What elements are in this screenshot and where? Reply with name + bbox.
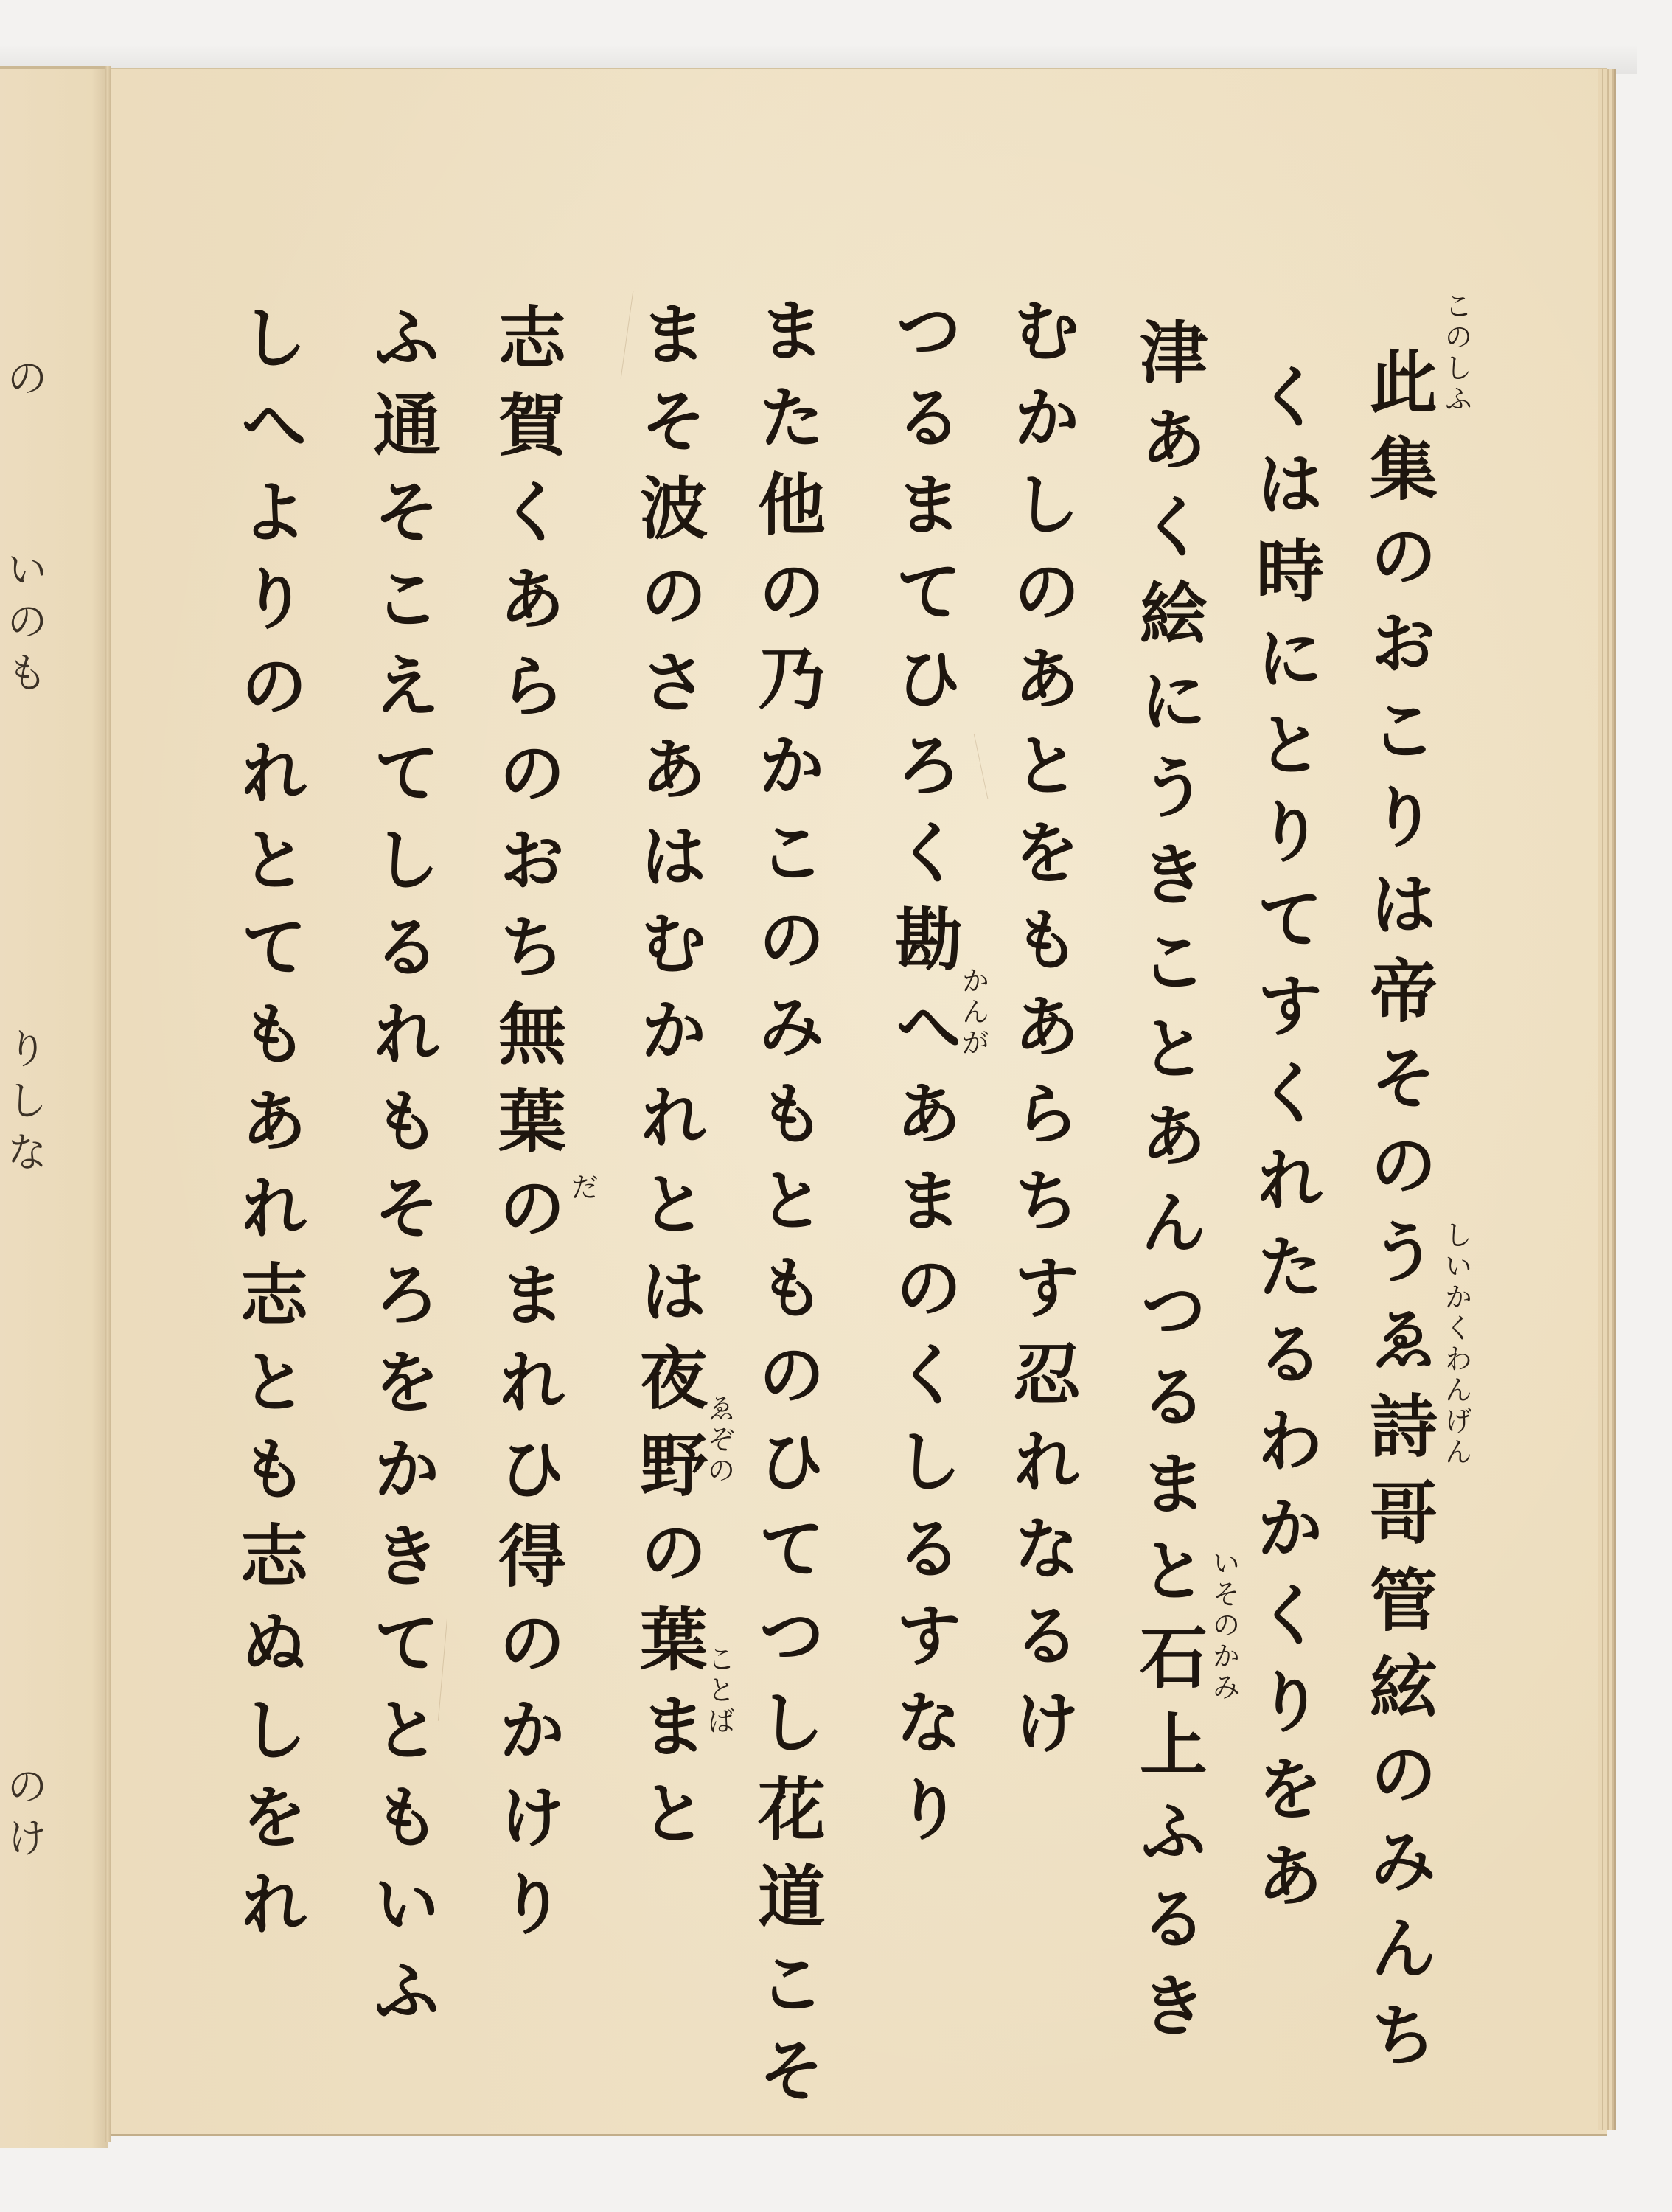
text-column-6: また他の乃かこのみもとものひてつし花道こそ <box>746 295 827 2122</box>
ruby-annotation: だ <box>568 1172 597 1203</box>
text-column-5: つるまてひろく勘へあまのくしるすなり <box>883 295 964 1861</box>
text-column-10: しへよりのれとてもあれ志とも志ぬしをれ <box>229 302 310 1955</box>
text-column-3: 津あく絵にうきことあんつるまと石上ふるき <box>1128 317 1209 2057</box>
text-column-8: 志賀くあらのおち無葉のまれひ得のかけり <box>487 302 568 1955</box>
left-page-text-fragment: いのも <box>1 548 46 703</box>
ruby-annotation: かんが <box>958 966 988 1059</box>
ruby-annotation: いそのかみ <box>1209 1548 1239 1703</box>
left-page-text-fragment: りしな <box>1 1027 46 1182</box>
ruby-annotation: このしふ <box>1441 291 1471 415</box>
page-edges-stack <box>1598 69 1616 2130</box>
text-column-9: ふ通そこえてしるれもそろをかきてともいふ <box>361 302 442 2042</box>
left-page-text-fragment: の <box>1 356 46 408</box>
ruby-annotation: ゑぞの <box>704 1394 734 1486</box>
left-page-text-fragment: のけ <box>1 1764 46 1868</box>
ruby-annotation: ことば <box>704 1644 734 1737</box>
text-column-4: むかしのあとをもあらちす忍れなるけ <box>1001 295 1082 1774</box>
text-column-7: まそ波のさあはむかれとは夜野の葉まと <box>628 299 709 1865</box>
text-column-2: くは時にとりてすくれたるわかくりをあ <box>1244 361 1326 1927</box>
ruby-annotation: しいかくわんげん <box>1441 1220 1471 1468</box>
text-column-1: 此集のおこりは帝そのうゑ詩哥管絃のみんち <box>1358 347 1439 2087</box>
left-page-fragment: の いのも りしな のけ <box>0 66 108 2148</box>
book-gutter <box>105 66 111 2142</box>
paper-fiber <box>974 734 989 799</box>
